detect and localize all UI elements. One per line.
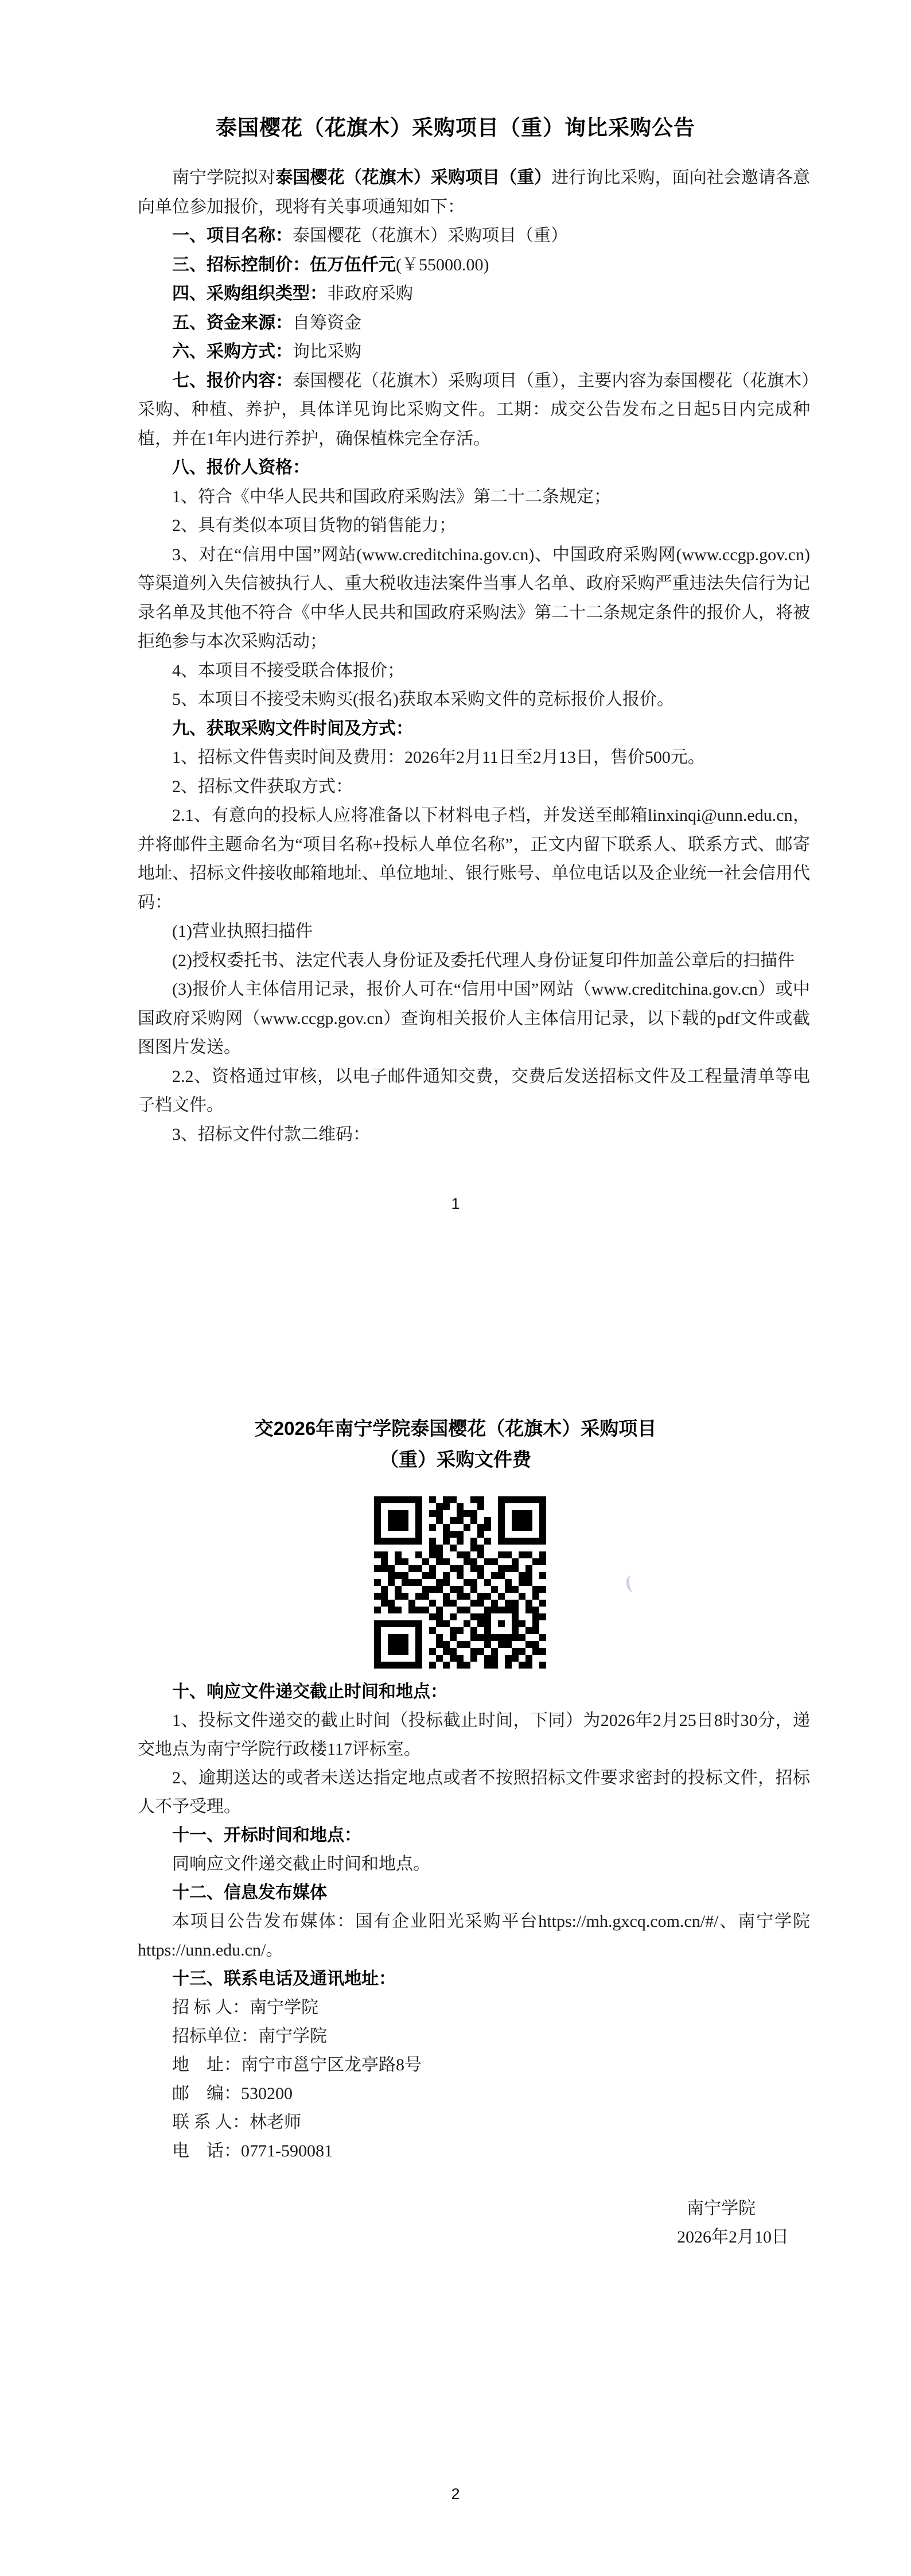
paragraph-item-4: 四、采购组织类型：非政府采购	[138, 280, 810, 309]
paragraph-item-1: 一、项目名称：泰国樱花（花旗木）采购项目（重）	[138, 222, 810, 251]
signature-date: 2026年2月10日	[138, 2223, 810, 2252]
paragraph-item-7: 七、报价内容：泰国樱花（花旗木）采购项目（重），主要内容为泰国樱花（花旗木）采购…	[138, 367, 810, 454]
qr-code-image	[374, 1496, 546, 1669]
paragraph-contact-address: 地 址：南宁市邕宁区龙亭路8号	[138, 2051, 810, 2080]
paragraph-item-9-1: 1、招标文件售卖时间及费用：2026年2月11日至2月13日，售价500元。	[138, 743, 810, 773]
text-segment: 2.1、有意向的投标人应将准备以下材料电子档，并发送至邮箱linxinqi@un…	[138, 806, 810, 912]
paragraph-item-10-1: 1、投标文件递交的截止时间（投标截止时间，下同）为2026年2月25日8时30分…	[138, 1706, 810, 1764]
paragraph-item-3: 三、招标控制价：伍万伍仟元(￥55000.00)	[138, 251, 810, 280]
paragraph-item-10: 十、响应文件递交截止时间和地点：	[138, 1678, 810, 1706]
paragraph-item-6: 六、采购方式：询比采购	[138, 337, 810, 367]
text-segment: 四、采购组织类型：	[172, 284, 327, 303]
text-segment: 八、报价人资格：	[172, 458, 310, 477]
paragraph-item-8-3: 3、对在“信用中国”网站(www.creditchina.gov.cn)、中国政…	[138, 541, 810, 657]
text-segment: 4、本项目不接受联合体报价；	[172, 661, 404, 680]
text-segment: 1、投标文件递交的截止时间（投标截止时间，下同）为2026年2月25日8时30分…	[138, 1711, 810, 1759]
paragraph-contact-bidder: 招 标 人：南宁学院	[138, 1993, 810, 2022]
paragraph-item-12-1: 本项目公告发布媒体：国有企业阳光采购平台https://mh.gxcq.com.…	[138, 1907, 810, 1965]
text-segment: 同响应文件递交截止时间和地点。	[172, 1855, 430, 1873]
text-segment: 招标单位：南宁学院	[172, 2027, 327, 2046]
text-segment: 1、符合《中华人民共和国政府采购法》第二十二条规定；	[172, 487, 611, 506]
page-number-1: 1	[0, 1195, 911, 1213]
payment-qr-code	[374, 1496, 546, 1669]
text-segment: 招 标 人：南宁学院	[172, 1998, 318, 2017]
paragraph-item-12: 十二、信息发布媒体	[138, 1879, 810, 1907]
paragraph-attachment-2: (2)授权委托书、法定代表人身份证及委托代理人身份证复印件加盖公章后的扫描件	[138, 946, 810, 976]
text-segment: 三、招标控制价：伍万伍仟元	[172, 255, 396, 274]
paragraph-item-8-1: 1、符合《中华人民共和国政府采购法》第二十二条规定；	[138, 483, 810, 512]
text-segment: 十三、联系电话及通讯地址：	[172, 1969, 396, 1988]
text-segment: 5、本项目不接受未购买(报名)获取本采购文件的竞标报价人报价。	[172, 690, 674, 709]
text-segment: 六、采购方式：	[172, 342, 293, 361]
paragraph-intro: 南宁学院拟对泰国樱花（花旗木）采购项目（重）进行询比采购，面向社会邀请各意向单位…	[138, 164, 810, 222]
scan-artifact	[625, 1574, 640, 1593]
paragraph-item-11-1: 同响应文件递交截止时间和地点。	[138, 1850, 810, 1879]
text-segment: 3、对在“信用中国”网站(www.creditchina.gov.cn)、中国政…	[138, 545, 810, 651]
text-segment: 2、具有类似本项目货物的销售能力；	[172, 516, 456, 535]
paragraph-item-9-2: 2、招标文件获取方式：	[138, 773, 810, 802]
paragraph-item-8-5: 5、本项目不接受未购买(报名)获取本采购文件的竞标报价人报价。	[138, 685, 810, 715]
paragraph-item-9-2-2: 2.2、资格通过审核，以电子邮件通知交费，交费后发送招标文件及工程量清单等电子档…	[138, 1062, 810, 1120]
text-segment: 泰国樱花（花旗木）采购项目（重）	[293, 226, 568, 245]
text-segment: 一、项目名称：	[172, 226, 293, 245]
page-title: 泰国樱花（花旗木）采购项目（重）询比采购公告	[0, 110, 911, 141]
text-segment: 3、招标文件付款二维码：	[172, 1125, 370, 1144]
text-segment: 泰国樱花（花旗木）采购项目（重）	[275, 168, 551, 187]
signature-organization: 南宁学院	[138, 2194, 810, 2223]
text-segment: (2)授权委托书、法定代表人身份证及委托代理人身份证复印件加盖公章后的扫描件	[172, 951, 795, 970]
paragraph-contact-phone: 电 话：0771-590081	[138, 2137, 810, 2166]
paragraph-contact-person: 联 系 人：林老师	[138, 2108, 810, 2137]
paragraph-item-9-2-1: 2.1、有意向的投标人应将准备以下材料电子档，并发送至邮箱linxinqi@un…	[138, 801, 810, 917]
text-segment: 2.2、资格通过审核，以电子邮件通知交费，交费后发送招标文件及工程量清单等电子档…	[138, 1067, 810, 1115]
paragraph-attachment-1: (1)营业执照扫描件	[138, 917, 810, 946]
text-segment: 九、获取采购文件时间及方式：	[172, 719, 413, 738]
text-segment: 七、报价内容：	[172, 371, 293, 390]
paragraph-item-9: 九、获取采购文件时间及方式：	[138, 715, 810, 744]
paragraph-contact-unit: 招标单位：南宁学院	[138, 2022, 810, 2051]
paragraph-attachment-3: (3)报价人主体信用记录，报价人可在“信用中国”网站（www.creditchi…	[138, 975, 810, 1062]
paragraph-item-11: 十一、开标时间和地点：	[138, 1821, 810, 1850]
text-segment: 2、逾期送达的或者未送达指定地点或者不按照招标文件要求密封的投标文件，招标人不予…	[138, 1768, 810, 1816]
text-segment: 非政府采购	[327, 284, 413, 303]
text-segment: 南宁学院拟对	[172, 168, 275, 187]
paragraph-item-13: 十三、联系电话及通讯地址：	[138, 1965, 810, 1993]
text-segment: 本项目公告发布媒体：国有企业阳光采购平台https://mh.gxcq.com.…	[138, 1912, 810, 1960]
paragraph-item-8-4: 4、本项目不接受联合体报价；	[138, 657, 810, 686]
text-segment: 2、招标文件获取方式：	[172, 777, 353, 796]
text-segment: (3)报价人主体信用记录，报价人可在“信用中国”网站（www.creditchi…	[138, 980, 810, 1057]
qr-fee-heading: 交2026年南宁学院泰国樱花（花旗木）采购项目 （重）采购文件费	[0, 1413, 911, 1475]
text-segment: 自筹资金	[293, 313, 361, 332]
text-segment: 十二、信息发布媒体	[172, 1883, 327, 1902]
text-segment: 十、响应文件递交截止时间和地点：	[172, 1682, 447, 1701]
text-segment: 电 话：0771-590081	[172, 2142, 333, 2160]
paragraph-item-8-2: 2、具有类似本项目货物的销售能力；	[138, 511, 810, 541]
qr-fee-heading-line2: （重）采购文件费	[0, 1444, 911, 1475]
text-segment: 五、资金来源：	[172, 313, 293, 332]
paragraph-item-5: 五、资金来源：自筹资金	[138, 309, 810, 338]
text-segment: (￥55000.00)	[396, 255, 489, 274]
paragraph-item-8: 八、报价人资格：	[138, 453, 810, 483]
text-segment: 联 系 人：林老师	[172, 2113, 301, 2132]
page1-body-text: 南宁学院拟对泰国樱花（花旗木）采购项目（重）进行询比采购，面向社会邀请各意向单位…	[138, 164, 810, 1149]
paragraph-contact-zip: 邮 编：530200	[138, 2080, 810, 2108]
document-page: 泰国樱花（花旗木）采购项目（重）询比采购公告 南宁学院拟对泰国樱花（花旗木）采购…	[0, 0, 911, 2576]
paragraph-item-10-2: 2、逾期送达的或者未送达指定地点或者不按照招标文件要求密封的投标文件，招标人不予…	[138, 1764, 810, 1821]
text-segment: 询比采购	[293, 342, 361, 361]
text-segment: 地 址：南宁市邕宁区龙亭路8号	[172, 2055, 422, 2074]
text-segment: (1)营业执照扫描件	[172, 922, 313, 941]
page2-body-text: 十、响应文件递交截止时间和地点：1、投标文件递交的截止时间（投标截止时间，下同）…	[138, 1678, 810, 2166]
text-segment: 1、招标文件售卖时间及费用：2026年2月11日至2月13日，售价500元。	[172, 748, 705, 767]
paragraph-item-9-3: 3、招标文件付款二维码：	[138, 1120, 810, 1150]
qr-fee-heading-line1: 交2026年南宁学院泰国樱花（花旗木）采购项目	[0, 1413, 911, 1444]
page-number-2: 2	[0, 2485, 911, 2503]
text-segment: 邮 编：530200	[172, 2084, 293, 2103]
text-segment: 十一、开标时间和地点：	[172, 1826, 361, 1845]
